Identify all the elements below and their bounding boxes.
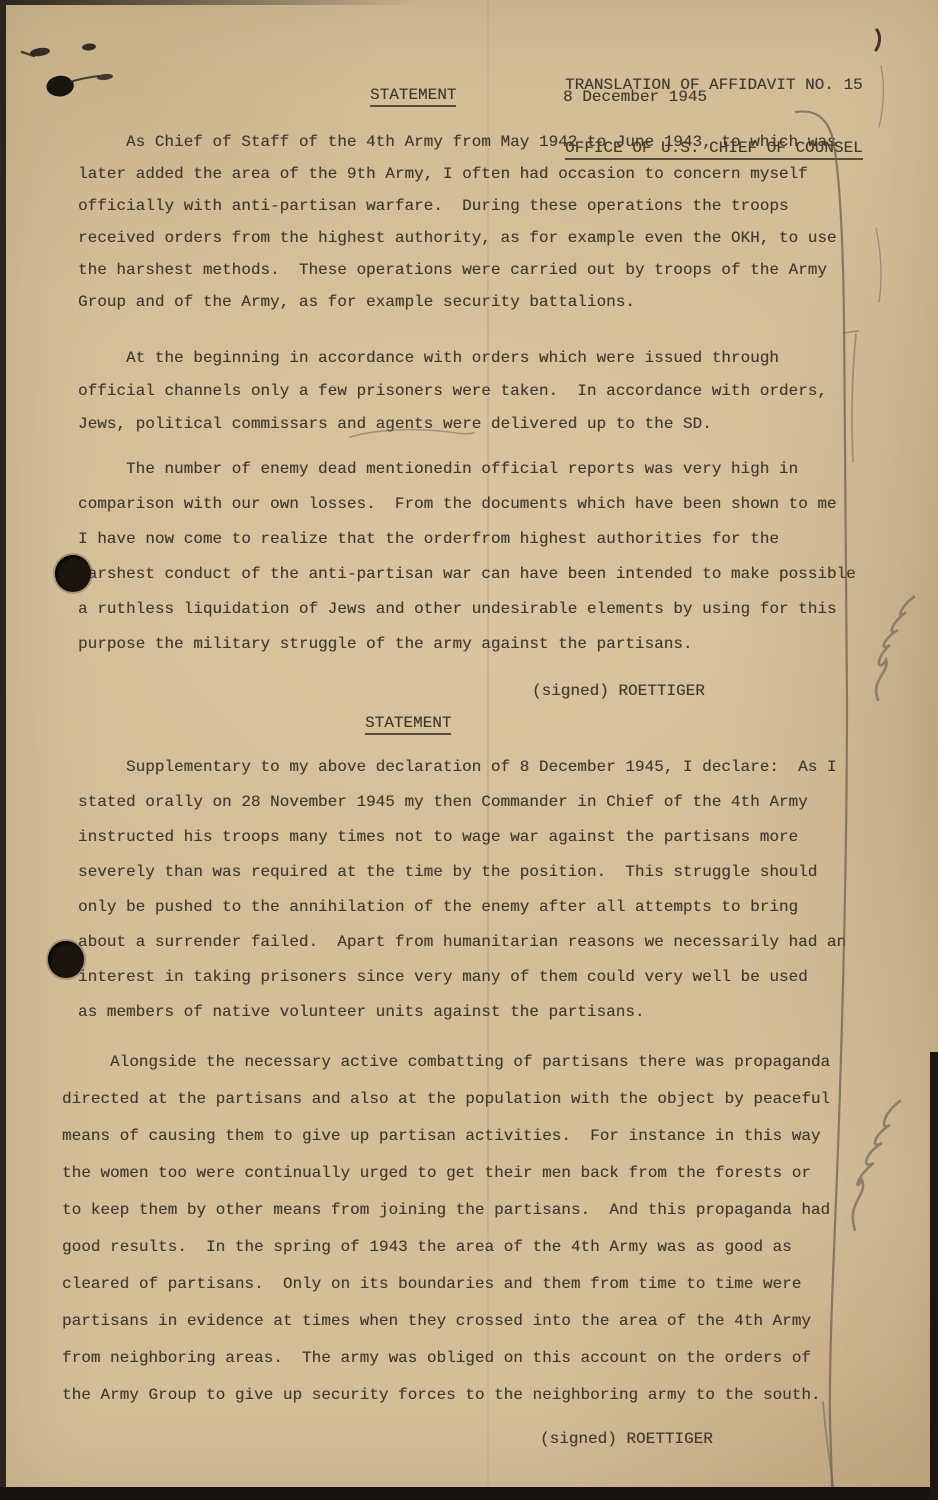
scan-edge-right [930,1052,938,1500]
statement1-date: 8 December 1945 [563,88,707,106]
text-line: stated orally on 28 November 1945 my the… [78,785,878,820]
text-line: directed at the partisans and also at th… [62,1081,872,1118]
text-line: The number of enemy dead mentionedin off… [78,452,878,487]
text-line: about a surrender failed. Apart from hum… [78,925,878,960]
statement2-heading: STATEMENT [365,714,451,732]
text-line: partisans in evidence at times when they… [62,1303,872,1340]
text-line: as members of native volunteer units aga… [78,995,878,1030]
text-line: the Army Group to give up security force… [62,1377,872,1414]
text-line: interest in taking prisoners since very … [78,960,878,995]
text-line: the harshest methods. These operations w… [78,254,868,286]
scanned-affidavit-page: TRANSLATION OF AFFIDAVIT NO. 15 OFFICE O… [0,0,938,1500]
text-line: comparison with our own losses. From the… [78,487,878,522]
statement1-heading: STATEMENT [370,86,456,104]
punch-hole [55,555,91,592]
statement2-signature: (signed) ROETTIGER [540,1430,713,1448]
text-line: only be pushed to the annihilation of th… [78,890,878,925]
statement1-signature: (signed) ROETTIGER [532,682,705,700]
text-line: from neighboring areas. The army was obl… [62,1340,872,1377]
text-line: officially with anti-partisan warfare. D… [78,190,868,222]
text-line: Supplementary to my above declaration of… [78,750,878,785]
text-line: received orders from the highest authori… [78,222,868,254]
scan-edge-top [0,0,420,5]
text-line: to keep them by other means from joining… [62,1192,872,1229]
text-line: good results. In the spring of 1943 the … [62,1229,872,1266]
text-line: As Chief of Staff of the 4th Army from M… [78,126,868,158]
text-line: the women too were continually urged to … [62,1155,872,1192]
scan-edge-left [0,0,6,1500]
text-line: Group and of the Army, as for example se… [78,286,868,318]
paragraph: The number of enemy dead mentionedin off… [78,452,878,662]
text-line: severely than was required at the time b… [78,855,878,890]
paragraph: Alongside the necessary active combattin… [62,1044,872,1414]
text-line: instructed his troops many times not to … [78,820,878,855]
scan-edge-bottom [0,1487,938,1500]
text-line: Jews, political commissars and agents we… [78,408,868,441]
text-line: I have now come to realize that the orde… [78,522,878,557]
text-line: a ruthless liquidation of Jews and other… [78,592,878,627]
text-line: cleared of partisans. Only on its bounda… [62,1266,872,1303]
text-line: official channels only a few prisoners w… [78,375,868,408]
text-line: purpose the military struggle of the arm… [78,627,878,662]
punch-hole [48,941,84,978]
paragraph: Supplementary to my above declaration of… [78,750,878,1030]
text-line: later added the area of the 9th Army, I … [78,158,868,190]
paragraph: As Chief of Staff of the 4th Army from M… [78,126,868,318]
text-line: Alongside the necessary active combattin… [62,1044,872,1081]
text-line: means of causing them to give up partisa… [62,1118,872,1155]
text-line: harshest conduct of the anti-partisan wa… [78,557,878,592]
paragraph: At the beginning in accordance with orde… [78,342,868,441]
text-line: At the beginning in accordance with orde… [78,342,868,375]
